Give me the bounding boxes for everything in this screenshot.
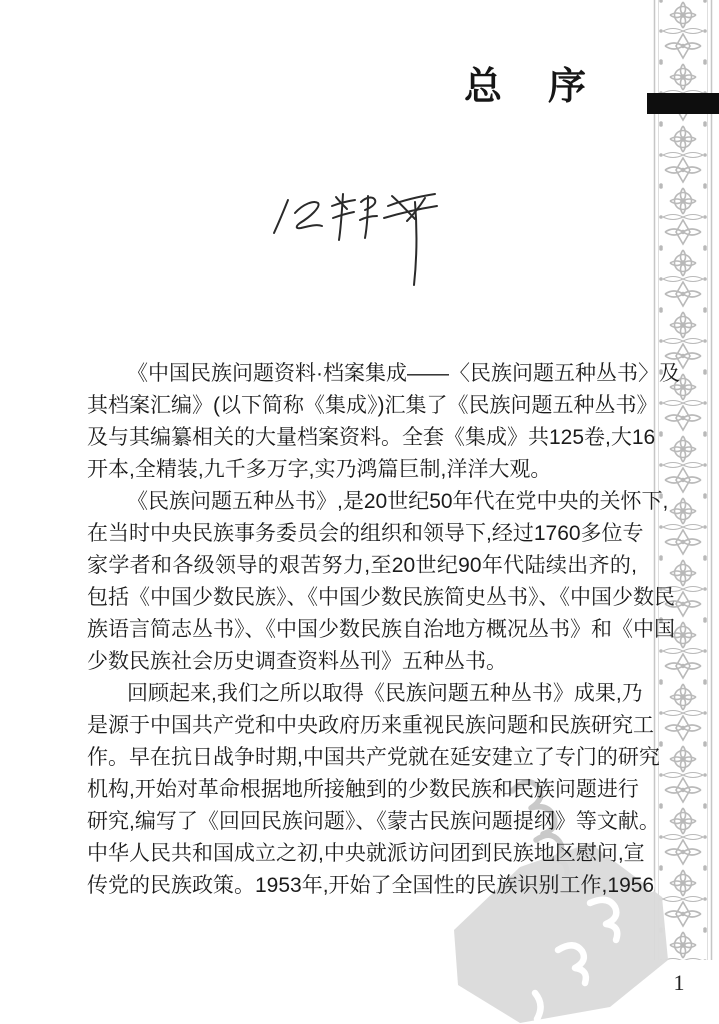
p1-line3: 及与其编纂相关的大量档案资料。全套《集成》共125卷,大16: [87, 422, 637, 454]
page-number: 1: [668, 970, 690, 996]
p1-line2: 其档案汇编》(以下简称《集成》)汇集了《民族问题五种丛书》: [87, 390, 637, 422]
p3-line5: 研究,编写了《回回民族问题》、《蒙古民族问题提纲》等文献。: [87, 806, 637, 838]
p3-line7: 传党的民族政策。1953年,开始了全国性的民族识别工作,1956: [87, 870, 637, 902]
author-signature: [248, 172, 458, 307]
p2-line6: 少数民族社会历史调查资料丛刊》五种丛书。: [87, 646, 637, 678]
p3-line6: 中华人民共和国成立之初,中央就派访问团到民族地区慰问,宣: [87, 838, 637, 870]
scanned-book-page: 总 序: [0, 0, 719, 1024]
p2-line3: 家学者和各级领导的艰苦努力,至20世纪90年代陆续出齐的,: [87, 550, 637, 582]
p1-line1: 《中国民族问题资料·档案集成——〈民族问题五种丛书〉及: [87, 358, 637, 390]
p2-line2: 在当时中央民族事务委员会的组织和领导下,经过1760多位专: [87, 518, 637, 550]
title-black-bar: [647, 93, 719, 114]
p2-line4: 包括《中国少数民族》、《中国少数民族简史丛书》、《中国少数民: [87, 582, 637, 614]
title-char-2: 序: [548, 68, 586, 106]
p3-line1: 回顾起来,我们之所以取得《民族问题五种丛书》成果,乃: [87, 678, 637, 710]
title-char-1: 总: [464, 68, 502, 106]
p3-line2: 是源于中国共产党和中央政府历来重视民族问题和民族研究工: [87, 710, 637, 742]
p1-line4: 开本,全精装,九千多万字,实乃鸿篇巨制,洋洋大观。: [87, 454, 637, 486]
p3-line3: 作。早在抗日战争时期,中国共产党就在延安建立了专门的研究: [87, 742, 637, 774]
p2-line5: 族语言简志丛书》、《中国少数民族自治地方概况丛书》和《中国: [87, 614, 637, 646]
p2-line1: 《民族问题五种丛书》,是20世纪50年代在党中央的关怀下,: [87, 486, 637, 518]
preface-body-text: 《中国民族问题资料·档案集成——〈民族问题五种丛书〉及 其档案汇编》(以下简称《…: [87, 358, 637, 902]
page-title: 总 序: [464, 68, 586, 106]
signature-ink-icon: [248, 172, 458, 307]
p3-line4: 机构,开始对革命根据地所接触到的少数民族和民族问题进行: [87, 774, 637, 806]
